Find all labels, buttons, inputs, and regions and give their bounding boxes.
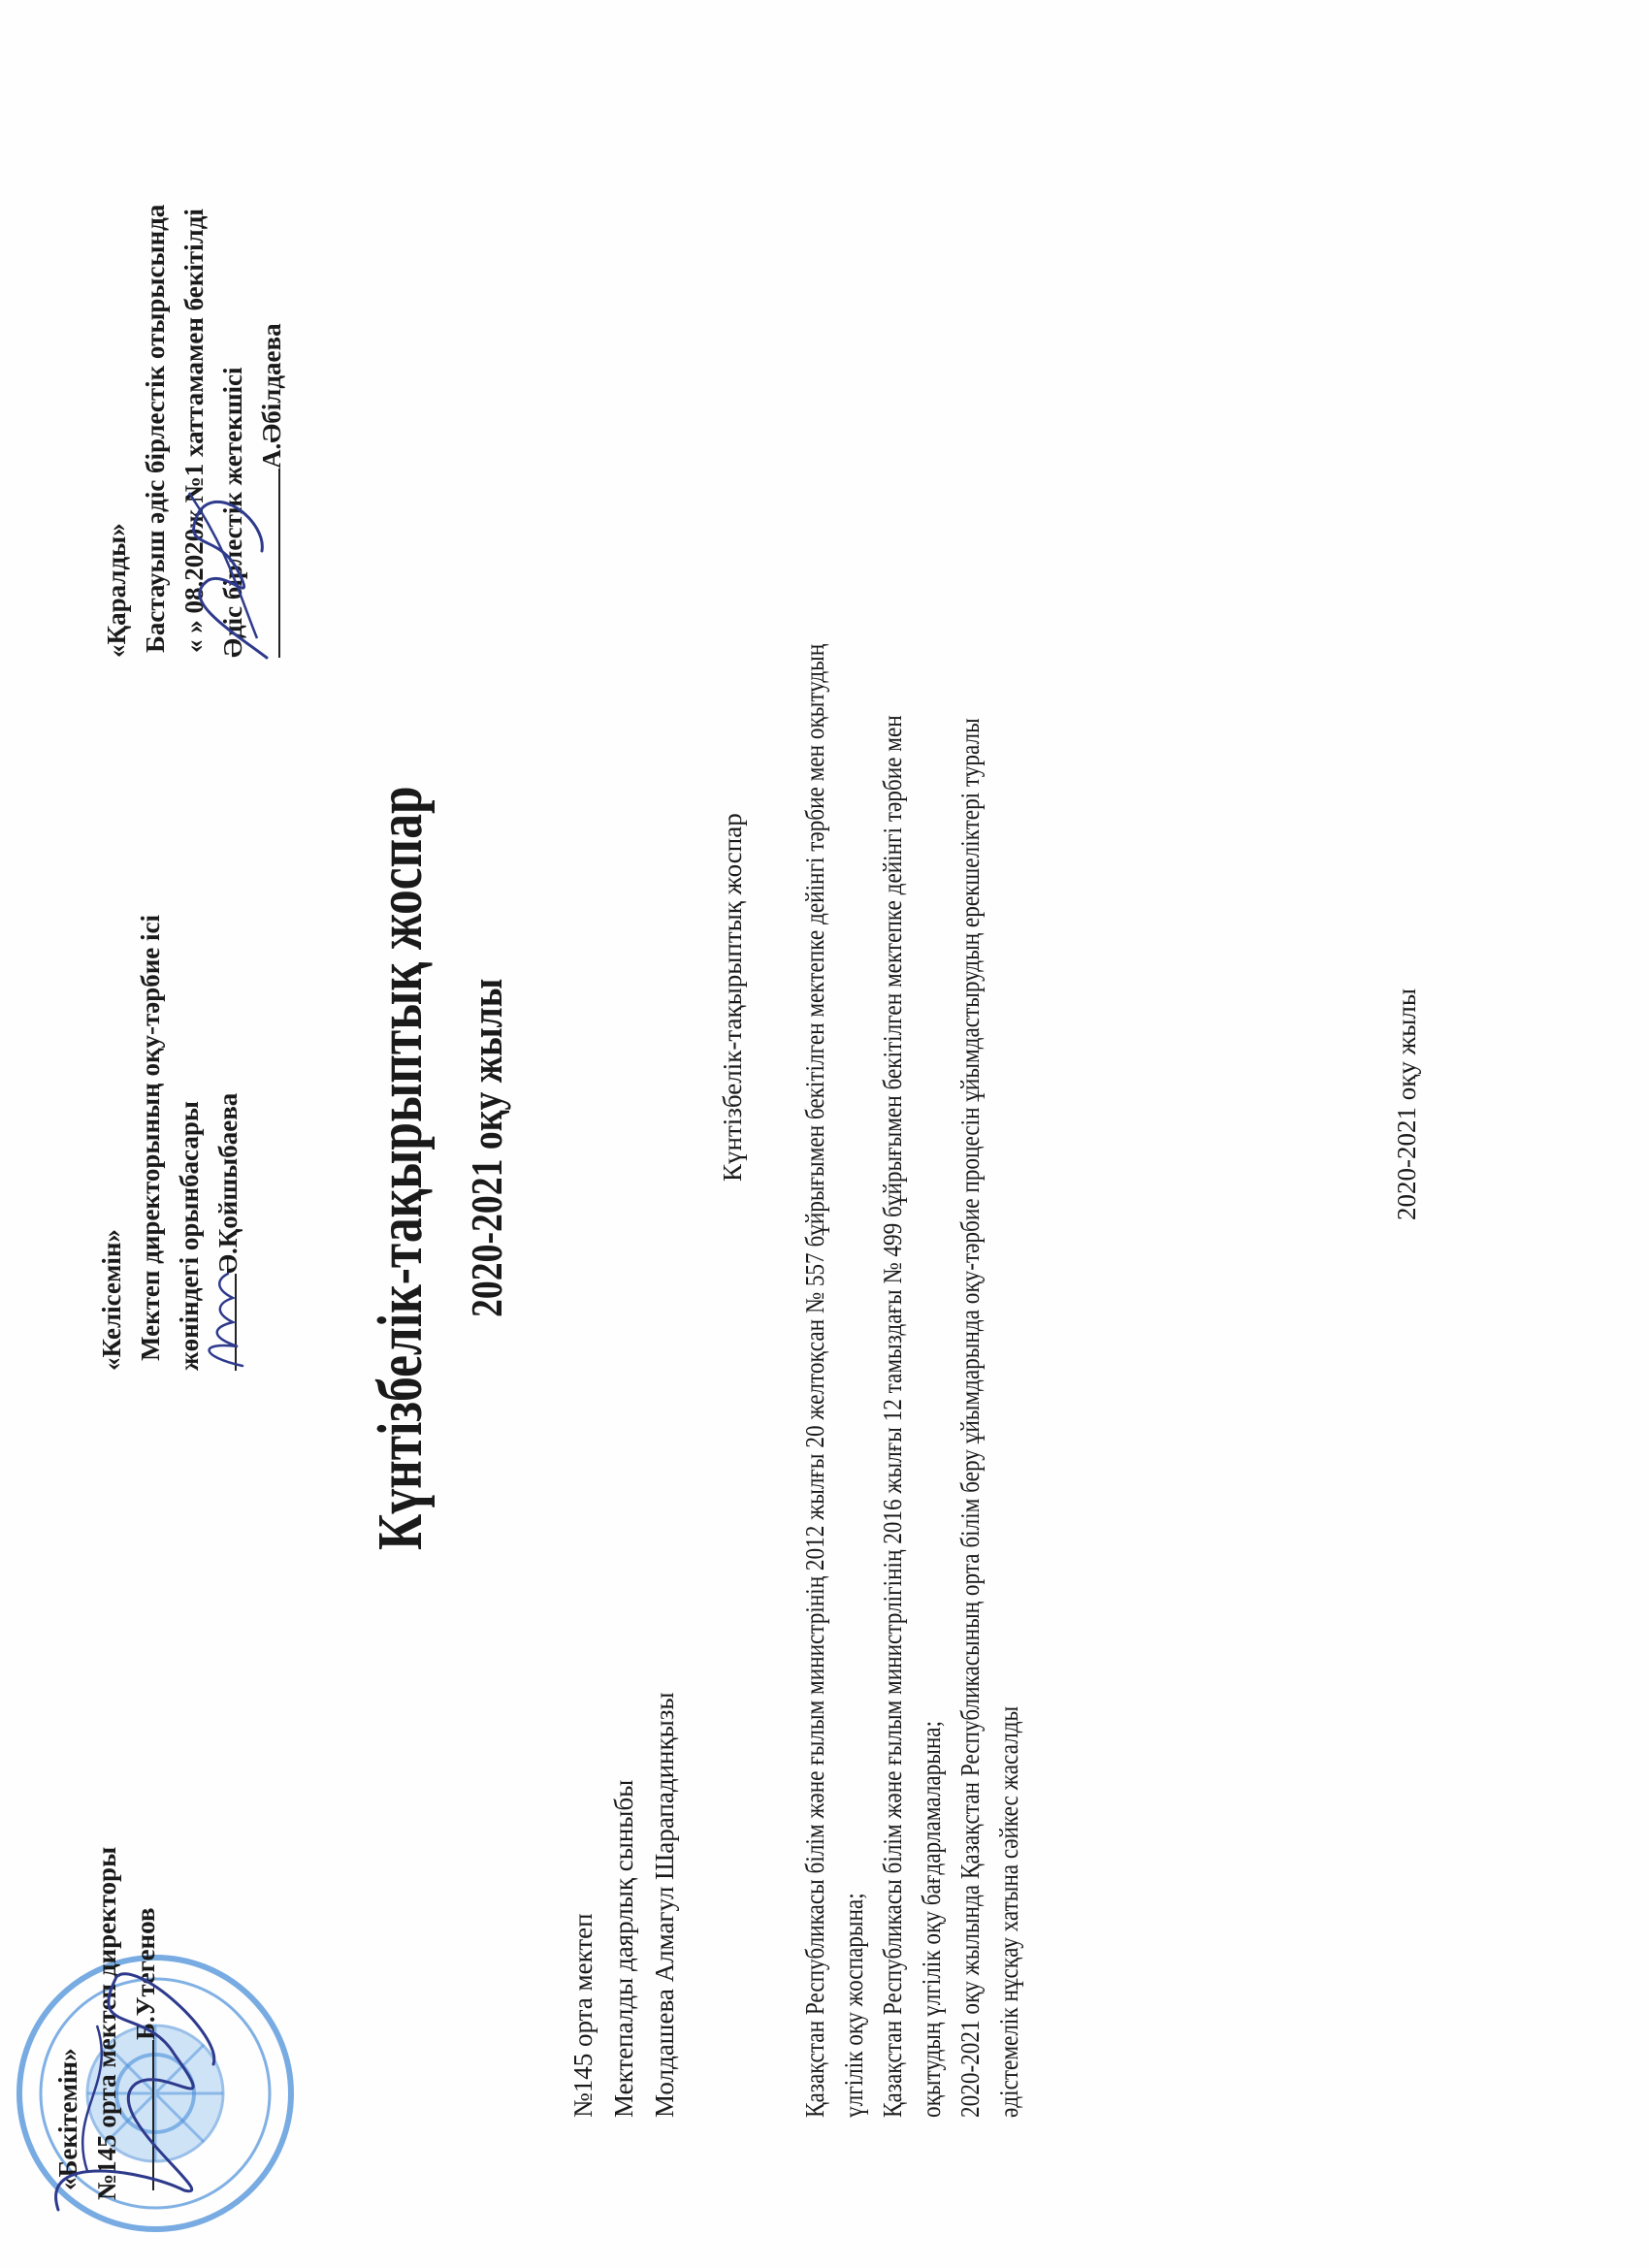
approval-approved-name: Б.Утегенов [131, 1907, 160, 2040]
approval-reviewed-name: А.Әбілдаева [257, 323, 286, 469]
paragraph-line: үлгілік оқу жоспарына; [834, 644, 873, 2118]
paragraph-line: 2020-2021 оқу жылында Қазақстан Республи… [951, 644, 989, 2118]
paragraph-line: Қазақстан Республикасы білім және ғылым … [873, 644, 912, 2118]
page-title: Күнтізбелік-тақырыптық жоспар [364, 786, 437, 1550]
paragraph-line: әдістемелік нұсқау хатына сәйкес жасалды [989, 644, 1028, 2118]
approval-agreed-block: «Келісемін» Мектеп директорының оқу-тәрб… [92, 915, 247, 1371]
approval-agreed-name: Ә.Қойшыбаева [213, 1093, 242, 1274]
approval-approved-heading: «Бекітемін» [48, 1847, 87, 2190]
page-subtitle-year: 2020-2021 оқу жылы [461, 979, 512, 1317]
approval-approved-block: «Бекітемін» №145 орта мектеп директоры Б… [48, 1847, 165, 2190]
info-class: Мектепалды даярлық сыныбы [603, 1692, 644, 2118]
basis-paragraph: Қазақстан Республикасы білім және ғылым … [795, 644, 1028, 2118]
approval-approved-signature-line: Б.Утегенов [126, 1847, 165, 2190]
document-page: «Бекітемін» №145 орта мектеп директоры Б… [0, 0, 1649, 2268]
approval-agreed-heading: «Келісемін» [92, 915, 131, 1371]
approval-reviewed-heading: «Қаралды» [97, 205, 136, 658]
info-teacher: Молдашева Алмагул Шарападинқызы [644, 1692, 685, 2118]
paragraph-line: оқытудың үлгілік оқу бағдарламаларына; [912, 644, 951, 2118]
approval-approved-role: №145 орта мектеп директоры [87, 1847, 126, 2200]
approval-reviewed-line1: Бастауыш әдіс бірлестік отырысында [136, 205, 175, 653]
approval-reviewed-signature-line: А.Әбілдаева [252, 205, 291, 658]
approval-reviewed-block: «Қаралды» Бастауыш әдіс бірлестік отырыс… [97, 205, 291, 658]
info-block: №145 орта мектеп Мектепалды даярлық сыны… [563, 1692, 685, 2118]
footer-year: 2020-2021 оқу жылы [1392, 988, 1422, 1220]
approval-reviewed-line3: Әдіс бірлестік жетекшісі [213, 205, 252, 658]
approval-agreed-role-line1: Мектеп директорының оқу-тәрбие ісі [131, 915, 170, 1361]
approval-agreed-role-line2: жөніндегі орынбасары [170, 915, 209, 1371]
center-label: Күнтізбелік-тақырыптық жоспар [718, 813, 748, 1182]
info-school: №145 орта мектеп [563, 1692, 603, 2118]
approval-reviewed-line2: « » 08.2020ж №1 хаттамамен бекітілді [175, 205, 213, 653]
paragraph-line: Қазақстан Республикасы білім және ғылым … [795, 644, 834, 2118]
approval-agreed-signature-line: Ә.Қойшыбаева [209, 915, 247, 1371]
